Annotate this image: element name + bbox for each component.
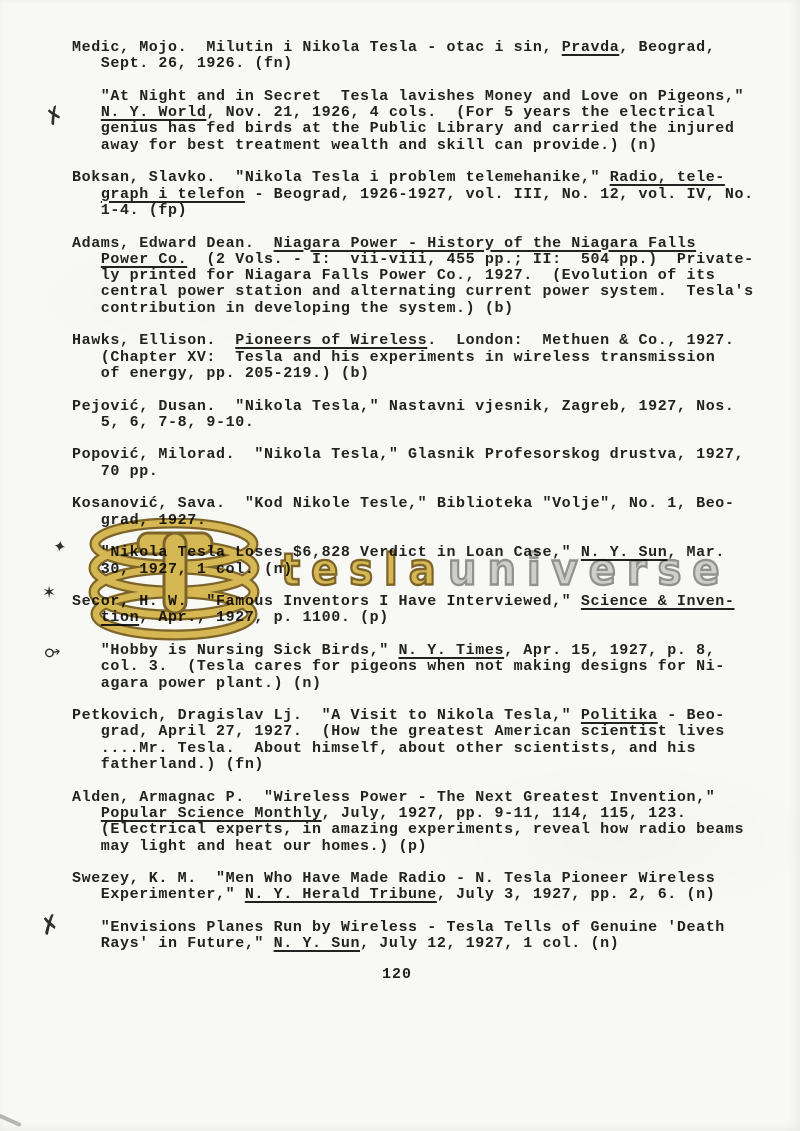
- entry-line: Petkovich, Dragislav Lj. "A Visit to Nik…: [72, 708, 790, 724]
- entry-line: genius has fed birds at the Public Libra…: [72, 121, 790, 137]
- entry-line: col. 3. (Tesla cares for pigeons when no…: [72, 659, 790, 675]
- entry-line: "Envisions Planes Run by Wireless - Tesl…: [72, 920, 790, 936]
- entry-line: tion, Apr., 1927, p. 1100. (p): [72, 610, 790, 626]
- bibliography-entry: Adams, Edward Dean. Niagara Power - Hist…: [72, 236, 790, 317]
- entry-line: ly printed for Niagara Falls Power Co., …: [72, 268, 790, 284]
- entry-line: Sept. 26, 1926. (fn): [72, 56, 790, 72]
- entry-line: 1-4. (fp): [72, 203, 790, 219]
- entry-line: agara power plant.) (n): [72, 676, 790, 692]
- entry-line: of energy, pp. 205-219.) (b): [72, 366, 790, 382]
- entry-line: Secor, H. W. "Famous Inventors I Have In…: [72, 594, 790, 610]
- entry-line: "Nikola Tesla Loses $6,828 Verdict in Lo…: [72, 545, 790, 561]
- entry-line: Rays' in Future," N. Y. Sun, July 12, 19…: [72, 936, 790, 952]
- pen-mark-star-1-icon: ✦: [52, 538, 68, 556]
- scan-artifact-corner: [0, 1113, 22, 1127]
- entry-line: Swezey, K. M. "Men Who Have Made Radio -…: [72, 871, 790, 887]
- bibliography-entry: Boksan, Slavko. "Nikola Tesla i problem …: [72, 170, 790, 219]
- entry-line: Power Co. (2 Vols. - I: vii-viii, 455 pp…: [72, 252, 790, 268]
- entry-line: 30, 1927, 1 col. (n): [72, 562, 790, 578]
- entry-line: may light and heat our homes.) (p): [72, 839, 790, 855]
- pen-mark-arrow-2-icon: ✗: [37, 910, 64, 939]
- entry-line: "Hobby is Nursing Sick Birds," N. Y. Tim…: [72, 643, 790, 659]
- entry-line: grad, 1927.: [72, 513, 790, 529]
- pen-mark-arrow-1-icon: ✗: [42, 103, 69, 131]
- pen-mark-star-2-icon: ✶: [42, 585, 56, 602]
- entry-line: contribution in developing the system.) …: [72, 301, 790, 317]
- entry-line: Popović, Milorad. "Nikola Tesla," Glasni…: [72, 447, 790, 463]
- entry-line: ....Mr. Tesla. About himself, about othe…: [72, 741, 790, 757]
- entry-line: 5, 6, 7-8, 9-10.: [72, 415, 790, 431]
- bibliography-entry: Swezey, K. M. "Men Who Have Made Radio -…: [72, 871, 790, 904]
- scanned-bibliography-page: Medic, Mojo. Milutin i Nikola Tesla - ot…: [0, 0, 800, 1131]
- entry-line: Adams, Edward Dean. Niagara Power - Hist…: [72, 236, 790, 252]
- bibliography-entry: "Nikola Tesla Loses $6,828 Verdict in Lo…: [72, 545, 790, 578]
- entry-line: Boksan, Slavko. "Nikola Tesla i problem …: [72, 170, 790, 186]
- bibliography-entry: Secor, H. W. "Famous Inventors I Have In…: [72, 594, 790, 627]
- entry-line: (Electrical experts, in amazing experime…: [72, 822, 790, 838]
- bibliography-entry: Medic, Mojo. Milutin i Nikola Tesla - ot…: [72, 40, 790, 73]
- bibliography: Medic, Mojo. Milutin i Nikola Tesla - ot…: [72, 40, 790, 969]
- bibliography-entry: Popović, Milorad. "Nikola Tesla," Glasni…: [72, 447, 790, 480]
- entry-line: "At Night and in Secret Tesla lavishes M…: [72, 89, 790, 105]
- bibliography-entry: Petkovich, Dragislav Lj. "A Visit to Nik…: [72, 708, 790, 773]
- entry-line: Medic, Mojo. Milutin i Nikola Tesla - ot…: [72, 40, 790, 56]
- bibliography-entry: "Envisions Planes Run by Wireless - Tesl…: [72, 920, 790, 953]
- page-number: 120: [0, 966, 794, 983]
- entry-line: Experimenter," N. Y. Herald Tribune, Jul…: [72, 887, 790, 903]
- entry-line: graph i telefon - Beograd, 1926-1927, vo…: [72, 187, 790, 203]
- entry-line: Hawks, Ellison. Pioneers of Wireless. Lo…: [72, 333, 790, 349]
- bibliography-entry: Pejović, Dusan. "Nikola Tesla," Nastavni…: [72, 399, 790, 432]
- entry-line: away for best treatment wealth and skill…: [72, 138, 790, 154]
- entry-line: Popular Science Monthly, July, 1927, pp.…: [72, 806, 790, 822]
- entry-line: fatherland.) (fn): [72, 757, 790, 773]
- bibliography-entry: Alden, Armagnac P. "Wireless Power - The…: [72, 790, 790, 855]
- bibliography-entry: "At Night and in Secret Tesla lavishes M…: [72, 89, 790, 154]
- entry-line: Kosanović, Sava. "Kod Nikole Tesle," Bib…: [72, 496, 790, 512]
- bibliography-entry: "Hobby is Nursing Sick Birds," N. Y. Tim…: [72, 643, 790, 692]
- entry-line: (Chapter XV: Tesla and his experiments i…: [72, 350, 790, 366]
- entry-line: Pejović, Dusan. "Nikola Tesla," Nastavni…: [72, 399, 790, 415]
- entry-line: grad, April 27, 1927. (How the greatest …: [72, 724, 790, 740]
- entry-line: 70 pp.: [72, 464, 790, 480]
- bibliography-entry: Hawks, Ellison. Pioneers of Wireless. Lo…: [72, 333, 790, 382]
- entry-line: N. Y. World, Nov. 21, 1926, 4 cols. (For…: [72, 105, 790, 121]
- entry-line: central power station and alternating cu…: [72, 284, 790, 300]
- pen-mark-note-icon: ♂: [41, 642, 62, 663]
- entry-line: Alden, Armagnac P. "Wireless Power - The…: [72, 790, 790, 806]
- bibliography-entry: Kosanović, Sava. "Kod Nikole Tesle," Bib…: [72, 496, 790, 529]
